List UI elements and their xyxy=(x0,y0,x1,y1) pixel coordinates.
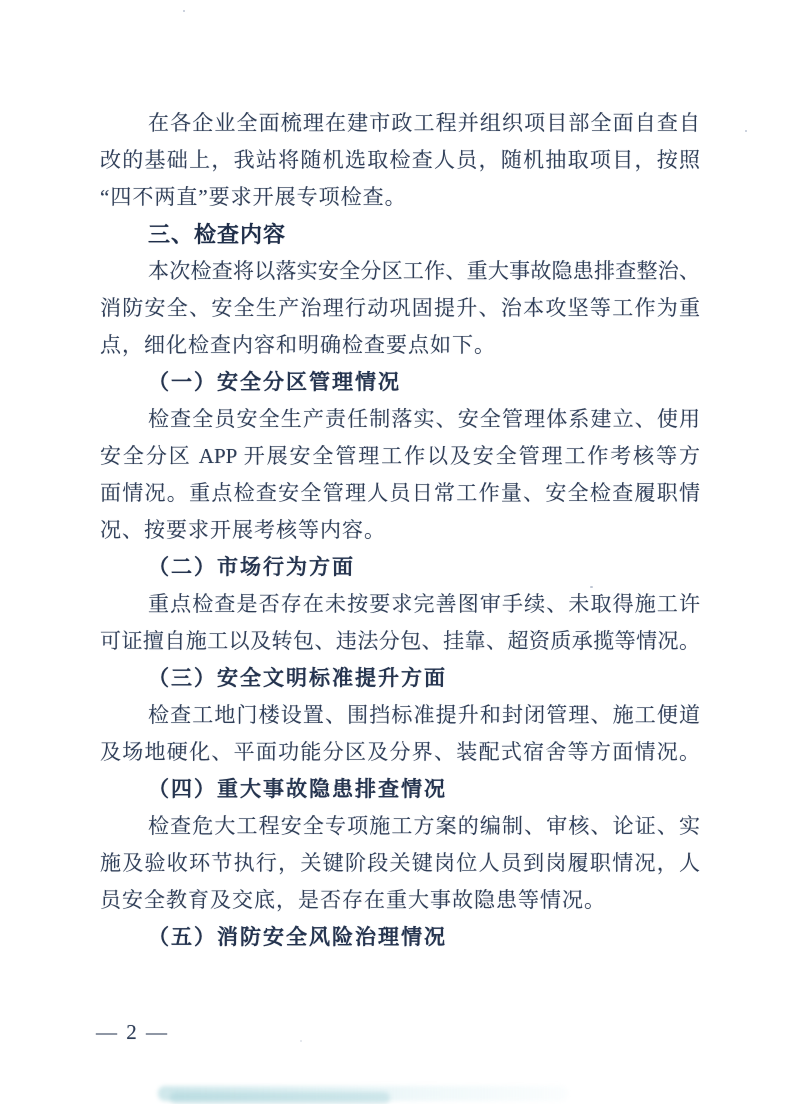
body-line: 消防安全、安全生产治理行动巩固提升、治本攻坚等工作为重 xyxy=(100,290,700,327)
document-body: 在各企业全面梳理在建市政工程并组织项目部全面自查自改的基础上，我站将随机选取检查… xyxy=(100,105,700,956)
scan-speck xyxy=(300,1040,302,1042)
sub-heading: （一）安全分区管理情况 xyxy=(100,364,700,401)
body-line: 安全分区 APP 开展安全管理工作以及安全管理工作考核等方 xyxy=(100,438,700,475)
body-line: 面情况。重点检查安全管理人员日常工作量、安全检查履职情 xyxy=(100,475,700,512)
body-line: 检查工地门楼设置、围挡标准提升和封闭管理、施工便道 xyxy=(100,697,700,734)
scan-artifact-smudge-2 xyxy=(170,1092,390,1104)
scan-speck xyxy=(745,130,747,132)
section-heading: 三、检查内容 xyxy=(100,216,700,253)
sub-heading: （五）消防安全风险治理情况 xyxy=(100,919,700,956)
body-line: 点，细化检查内容和明确检查要点如下。 xyxy=(100,327,700,364)
body-line: 可证擅自施工以及转包、违法分包、挂靠、超资质承揽等情况。 xyxy=(100,623,700,660)
body-line: 况、按要求开展考核等内容。 xyxy=(100,512,700,549)
body-line: 本次检查将以落实安全分区工作、重大事故隐患排查整治、 xyxy=(100,253,700,290)
body-line: “四不两直”要求开展专项检查。 xyxy=(100,179,700,216)
body-line: 检查危大工程安全专项施工方案的编制、审核、论证、实 xyxy=(100,808,700,845)
body-line: 在各企业全面梳理在建市政工程并组织项目部全面自查自 xyxy=(100,105,700,142)
page-number: — 2 — xyxy=(96,1020,169,1045)
sub-heading: （四）重大事故隐患排查情况 xyxy=(100,771,700,808)
scan-speck xyxy=(183,10,185,12)
body-line: 检查全员安全生产责任制落实、安全管理体系建立、使用 xyxy=(100,401,700,438)
body-line: 施及验收环节执行，关键阶段关键岗位人员到岗履职情况，人 xyxy=(100,845,700,882)
sub-heading: （二）市场行为方面 xyxy=(100,549,700,586)
sub-heading: （三）安全文明标准提升方面 xyxy=(100,660,700,697)
body-line: 改的基础上，我站将随机选取检查人员，随机抽取项目，按照 xyxy=(100,142,700,179)
body-line: 重点检查是否存在未按要求完善图审手续、未取得施工许 xyxy=(100,586,700,623)
body-line: 及场地硬化、平面功能分区及分界、装配式宿舍等方面情况。 xyxy=(100,734,700,771)
scan-speck xyxy=(590,586,593,588)
document-page: 在各企业全面梳理在建市政工程并组织项目部全面自查自改的基础上，我站将随机选取检查… xyxy=(0,0,800,1104)
body-line: 员安全教育及交底，是否存在重大事故隐患等情况。 xyxy=(100,882,700,919)
